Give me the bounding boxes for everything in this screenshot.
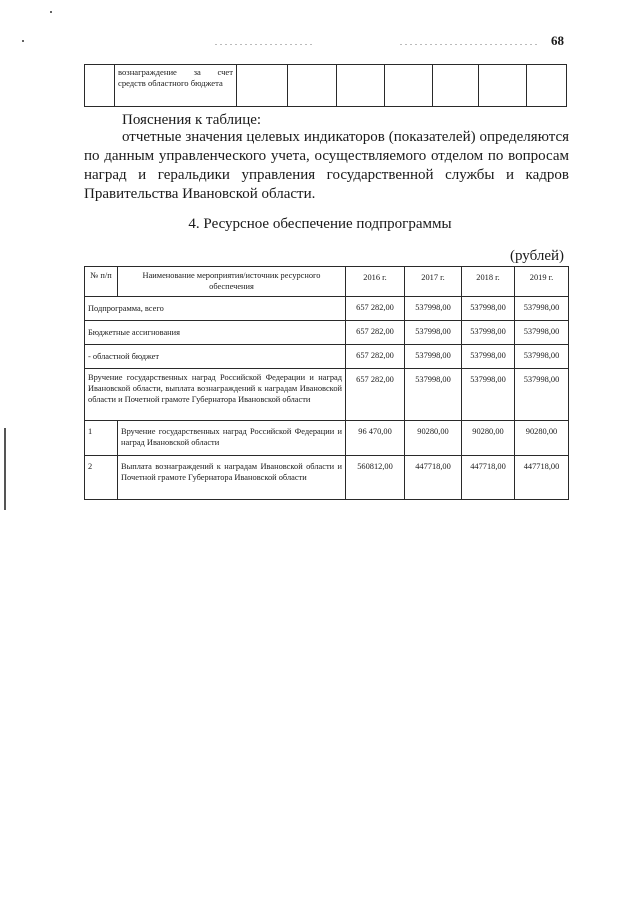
notes-body: отчетные значения целевых индикаторов (п… — [84, 128, 569, 204]
table-cell — [479, 65, 527, 107]
row-value: 537998,00 — [405, 345, 462, 369]
row-value: 537998,00 — [515, 297, 569, 321]
row-value: 537998,00 — [515, 345, 569, 369]
row-value: 537998,00 — [405, 321, 462, 345]
row-value: 537998,00 — [405, 297, 462, 321]
table-cell — [237, 65, 288, 107]
table-cell — [527, 65, 567, 107]
row-value: 537998,00 — [462, 297, 515, 321]
row-value: 447718,00 — [405, 456, 462, 500]
resource-table: № п/п Наименование мероприятия/источник … — [84, 266, 569, 500]
notes-text: отчетные значения целевых индикаторов (п… — [84, 128, 569, 204]
row-num: 2 — [85, 456, 118, 500]
section-title: 4. Ресурсное обеспечение подпрограммы — [0, 216, 640, 233]
table-row: Бюджетные ассигнования 657 282,00 537998… — [85, 321, 569, 345]
table-row: Подпрограмма, всего 657 282,00 537998,00… — [85, 297, 569, 321]
table-row: - областной бюджет 657 282,00 537998,00 … — [85, 345, 569, 369]
row-value: 560812,00 — [346, 456, 405, 500]
header-year: 2017 г. — [405, 267, 462, 297]
table-row: Вручение государственных наград Российск… — [85, 369, 569, 421]
page-number: 68 — [551, 33, 564, 49]
row-name: Подпрограмма, всего — [85, 297, 346, 321]
scan-speck — [50, 11, 52, 13]
table-row: 2 Выплата вознаграждений к наградам Иван… — [85, 456, 569, 500]
row-value: 90280,00 — [515, 421, 569, 456]
row-value: 537998,00 — [405, 369, 462, 421]
row-value: 447718,00 — [515, 456, 569, 500]
row-value: 657 282,00 — [346, 345, 405, 369]
row-num: 1 — [85, 421, 118, 456]
table-cell — [385, 65, 433, 107]
row-value: 657 282,00 — [346, 369, 405, 421]
continued-table-fragment: вознаграждение за счет средств областног… — [84, 64, 567, 107]
row-name: Бюджетные ассигнования — [85, 321, 346, 345]
units-label: (рублей) — [510, 248, 564, 265]
table-cell — [288, 65, 337, 107]
row-name: Вручение государственных наград Российск… — [118, 421, 346, 456]
table-cell — [85, 65, 115, 107]
scan-speck — [22, 40, 24, 42]
table-row: 1 Вручение государственных наград Россий… — [85, 421, 569, 456]
row-name: - областной бюджет — [85, 345, 346, 369]
header-num: № п/п — [85, 267, 118, 297]
row-name: Выплата вознаграждений к наградам Иванов… — [118, 456, 346, 500]
header-year: 2019 г. — [515, 267, 569, 297]
table-header-row: № п/п Наименование мероприятия/источник … — [85, 267, 569, 297]
row-value: 657 282,00 — [346, 321, 405, 345]
scan-noise — [215, 44, 315, 45]
scan-edge-mark — [4, 428, 6, 510]
row-value: 96 470,00 — [346, 421, 405, 456]
table-cell — [337, 65, 385, 107]
table-row: вознаграждение за счет средств областног… — [85, 65, 567, 107]
header-year: 2016 г. — [346, 267, 405, 297]
row-value: 90280,00 — [462, 421, 515, 456]
row-value: 537998,00 — [515, 321, 569, 345]
row-value: 90280,00 — [405, 421, 462, 456]
row-value: 537998,00 — [462, 321, 515, 345]
row-name: Вручение государственных наград Российск… — [85, 369, 346, 421]
row-value: 657 282,00 — [346, 297, 405, 321]
header-name: Наименование мероприятия/источник ресурс… — [118, 267, 346, 297]
scan-noise — [400, 44, 540, 45]
row-value: 447718,00 — [462, 456, 515, 500]
row-value: 537998,00 — [515, 369, 569, 421]
table-cell: вознаграждение за счет средств областног… — [115, 65, 237, 107]
header-year: 2018 г. — [462, 267, 515, 297]
row-value: 537998,00 — [462, 345, 515, 369]
table-cell — [433, 65, 479, 107]
row-value: 537998,00 — [462, 369, 515, 421]
